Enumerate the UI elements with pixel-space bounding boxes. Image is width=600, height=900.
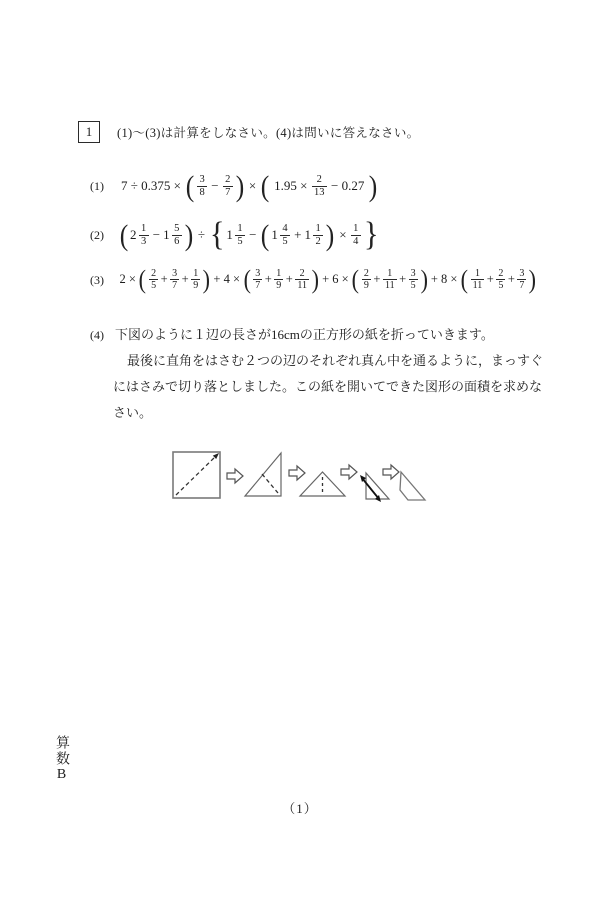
problem-4-line-2: 最後に直角をはさむ２つの辺のそれぞれ真ん中を通るように，まっすぐ <box>90 348 560 374</box>
right-triangle-second-fold-icon <box>245 453 281 496</box>
problem-4-line-3: にはさみで切り落としました。この紙を開いてできた図形の面積を求めな <box>90 374 560 400</box>
problem-4-line-1: 下図のように１辺の長さが16cmの正方形の紙を折っていきます。 <box>115 322 494 348</box>
fold-arrow-icon <box>289 466 305 480</box>
problem-3-label: (3) <box>90 273 118 288</box>
fold-arrow-icon <box>227 469 243 483</box>
problem-number: 1 <box>86 124 93 140</box>
problem-2-formula: (213−156)÷{115−(145+112)×14} <box>118 220 380 251</box>
problem-number-box: 1 <box>78 121 100 143</box>
exam-page: 1 (1)～(3)は計算をしなさい。(4)は問いに答えなさい。 (1) 7 ÷ … <box>0 0 600 900</box>
fold-arrow-icon <box>341 465 357 479</box>
problem-4-label: (4) <box>90 322 115 348</box>
fold-arrow-icon <box>383 465 399 479</box>
cut-result-shape-icon <box>400 472 425 500</box>
instruction-text: (1)～(3)は計算をしなさい。(4)は問いに答えなさい。 <box>117 123 419 141</box>
page-number: （1） <box>0 798 600 817</box>
problem-4-line-4: さい。 <box>90 400 560 426</box>
folding-diagram <box>165 443 450 513</box>
small-triangle-with-cut-line-icon <box>360 473 389 502</box>
problem-4-block: (4) 下図のように１辺の長さが16cmの正方形の紙を折っていきます。 最後に直… <box>90 322 560 426</box>
problem-1-formula: 7 ÷ 0.375 ×(38−27)×(1.95 ×213− 0.27) <box>118 173 379 200</box>
square-with-diagonal-fold-icon <box>173 452 220 498</box>
problem-row-3: (3) 2 ×(25+37+19)+ 4 ×(37+19+211)+ 6 ×(2… <box>90 258 538 302</box>
problem-row-1: (1) 7 ÷ 0.375 ×(38−27)×(1.95 ×213− 0.27) <box>90 164 379 208</box>
problem-row-2: (2) (213−156)÷{115−(145+112)×14} <box>90 213 380 257</box>
subject-label: 算数B <box>51 735 71 784</box>
problem-1-label: (1) <box>90 179 118 194</box>
problem-3-formula: 2 ×(25+37+19)+ 4 ×(37+19+211)+ 6 ×(29+11… <box>118 268 538 291</box>
problem-1-header: 1 (1)～(3)は計算をしなさい。(4)は問いに答えなさい。 <box>78 121 419 143</box>
isosceles-triangle-third-fold-icon <box>300 472 345 496</box>
problem-2-label: (2) <box>90 228 118 243</box>
